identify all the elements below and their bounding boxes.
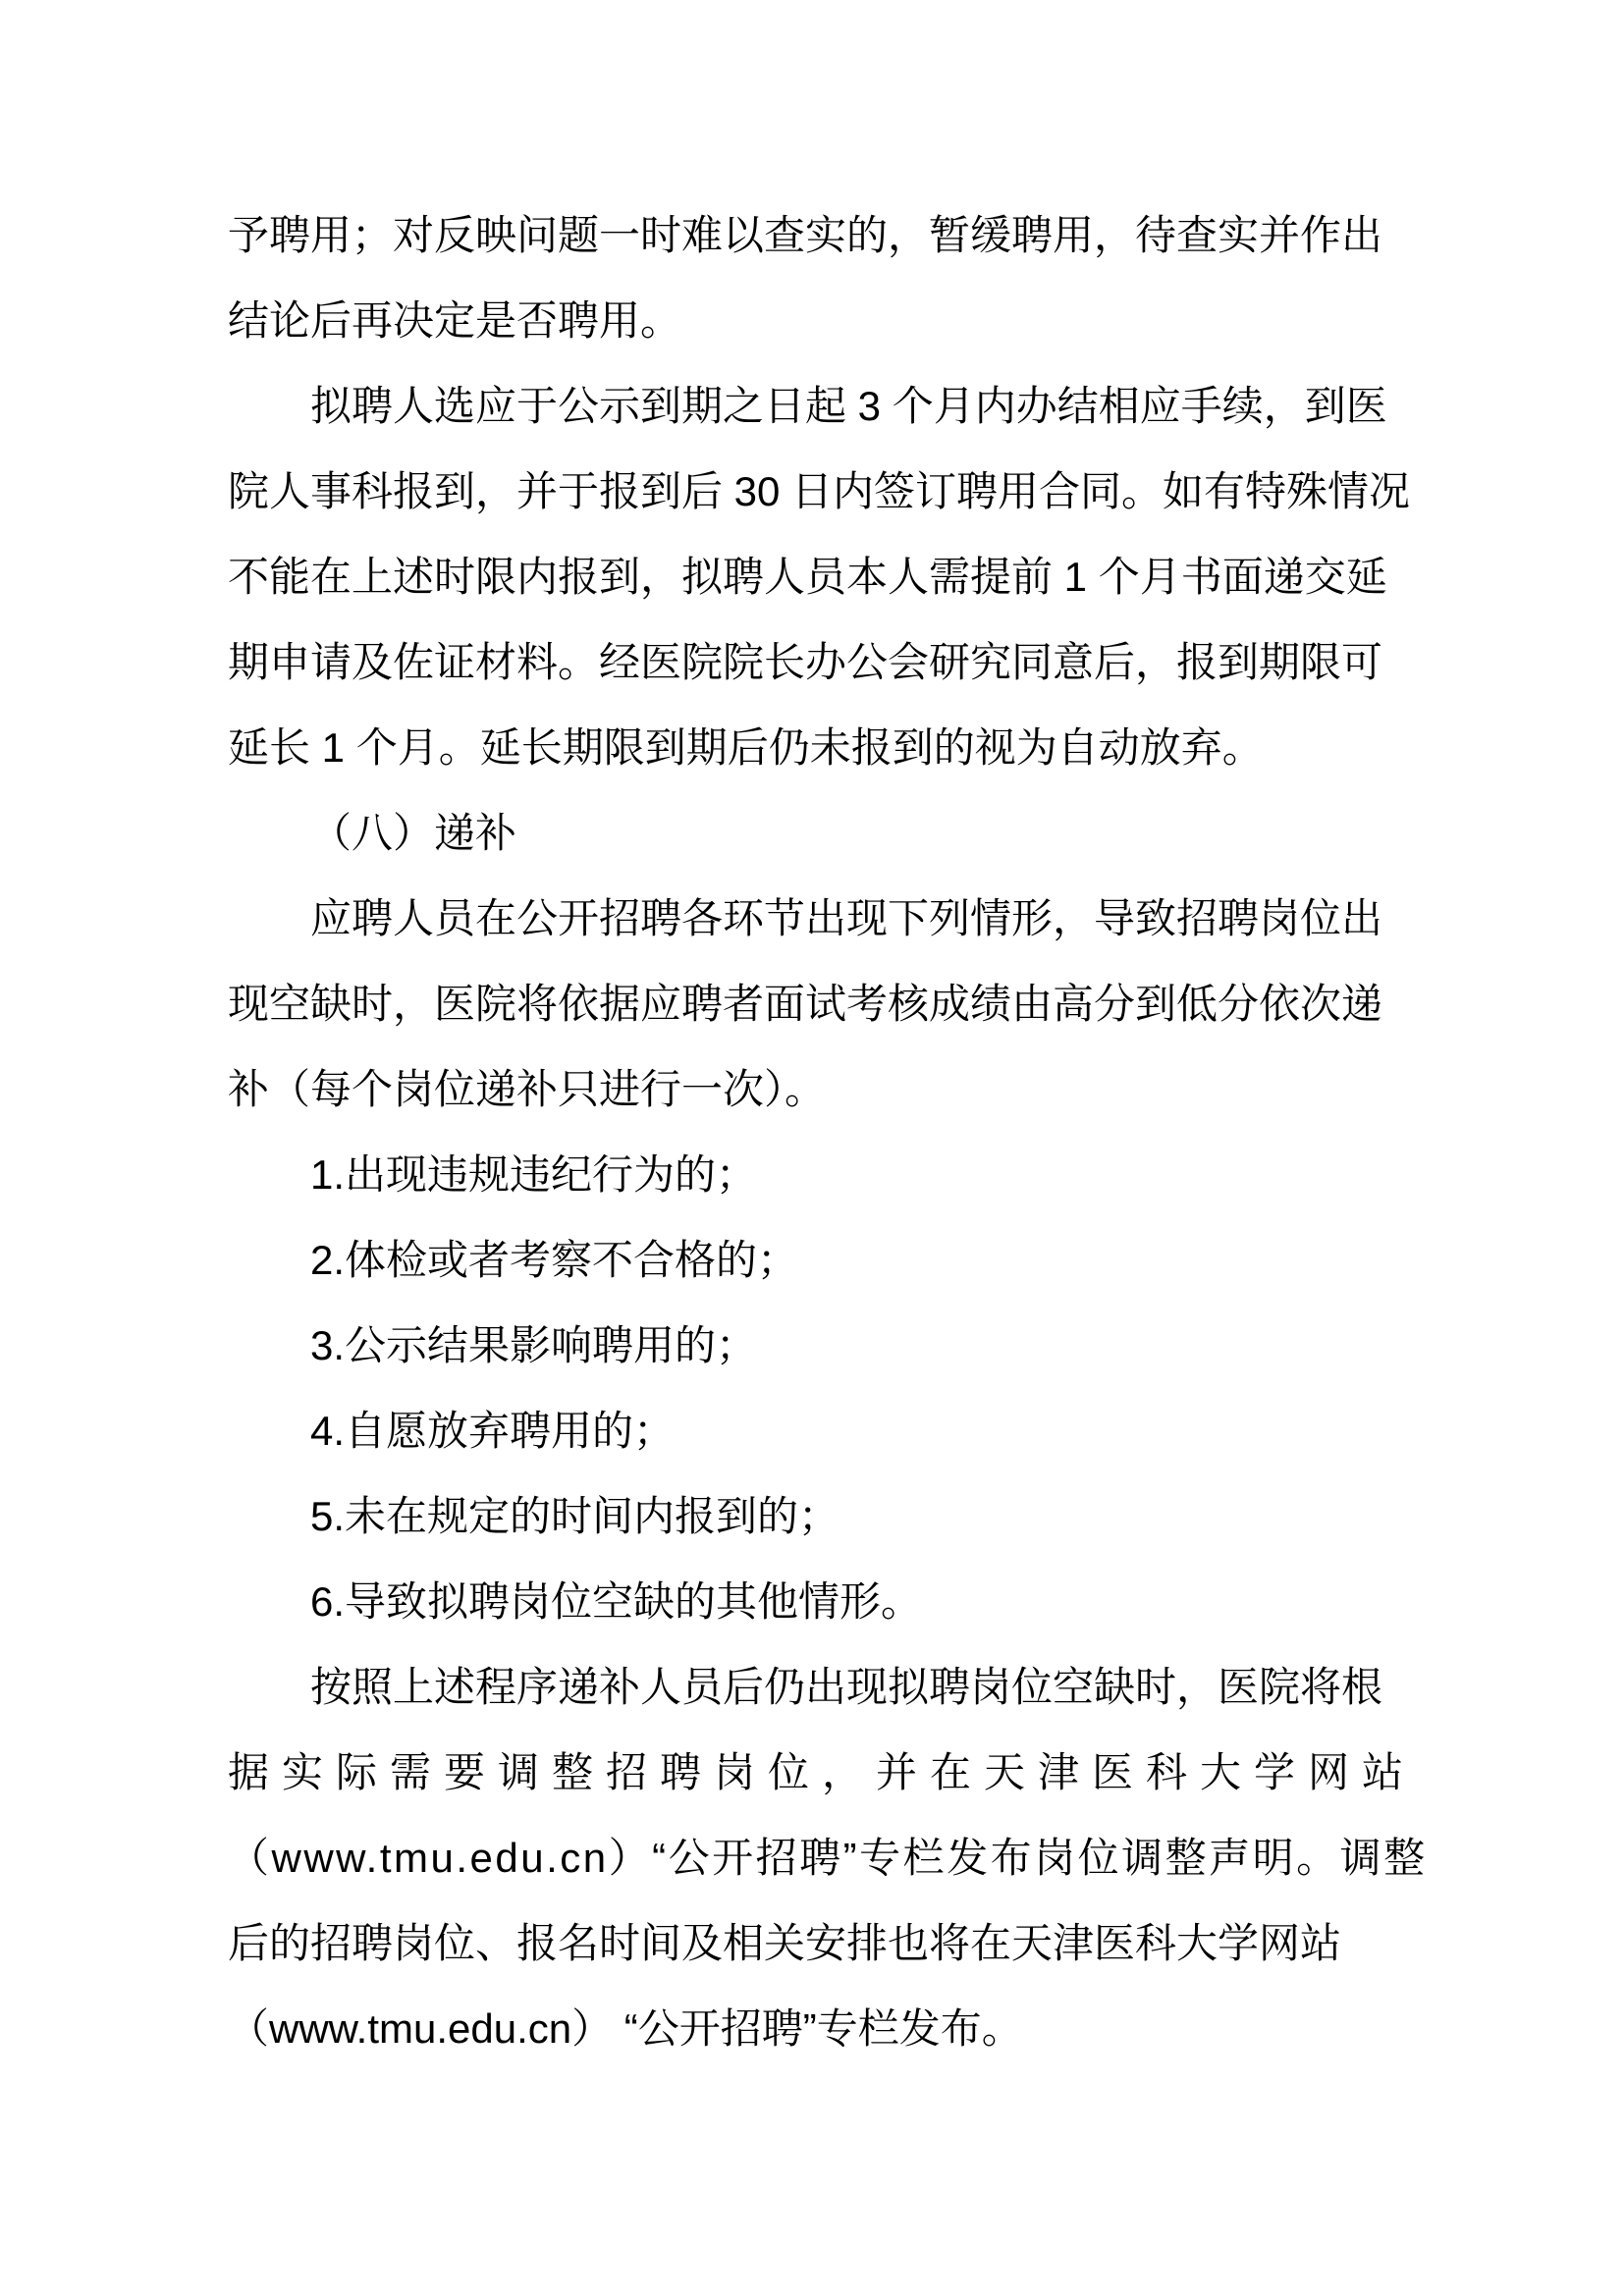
document-line: 予聘用；对反映问题一时难以查实的，暂缓聘用，待查实并作出 xyxy=(228,192,1392,278)
document-line: 3.公示结果影响聘用的； xyxy=(228,1303,1392,1388)
document-line: 应聘人员在公开招聘各环节出现下列情形，导致招聘岗位出 xyxy=(228,876,1392,961)
document-line: 据实际需要调整招聘岗位，并在天津医科大学网站 xyxy=(228,1730,1392,1815)
document-line: 4.自愿放弃聘用的； xyxy=(228,1388,1392,1473)
document-line: 院人事科报到，并于报到后 30 日内签订聘用合同。如有特殊情况 xyxy=(228,449,1392,534)
document-line: 按照上述程序递补人员后仍出现拟聘岗位空缺时，医院将根 xyxy=(228,1644,1392,1730)
document-line: 不能在上述时限内报到，拟聘人员本人需提前 1 个月书面递交延 xyxy=(228,534,1392,619)
document-line: 5.未在规定的时间内报到的； xyxy=(228,1473,1392,1559)
document-line: （八）递补 xyxy=(228,790,1392,876)
document-line: 现空缺时，医院将依据应聘者面试考核成绩由高分到低分依次递 xyxy=(228,961,1392,1046)
document-line: 1.出现违规违纪行为的； xyxy=(228,1132,1392,1217)
document-text-block: 予聘用；对反映问题一时难以查实的，暂缓聘用，待查实并作出结论后再决定是否聘用。拟… xyxy=(228,192,1392,2071)
document-line: 2.体检或者考察不合格的； xyxy=(228,1217,1392,1303)
document-line: （www.tmu.edu.cn） “公开招聘”专栏发布。 xyxy=(228,1986,1392,2071)
document-line: 结论后再决定是否聘用。 xyxy=(228,278,1392,363)
document-line: 补（每个岗位递补只进行一次）。 xyxy=(228,1046,1392,1132)
document-line: 期申请及佐证材料。经医院院长办公会研究同意后，报到期限可 xyxy=(228,619,1392,705)
document-page: 予聘用；对反映问题一时难以查实的，暂缓聘用，待查实并作出结论后再决定是否聘用。拟… xyxy=(0,0,1624,2296)
document-line: （www.tmu.edu.cn）“公开招聘”专栏发布岗位调整声明。调整 xyxy=(228,1815,1392,1900)
document-line: 延长 1 个月。延长期限到期后仍未报到的视为自动放弃。 xyxy=(228,705,1392,790)
document-line: 拟聘人选应于公示到期之日起 3 个月内办结相应手续，到医 xyxy=(228,363,1392,449)
document-line: 后的招聘岗位、报名时间及相关安排也将在天津医科大学网站 xyxy=(228,1900,1392,1986)
document-line: 6.导致拟聘岗位空缺的其他情形。 xyxy=(228,1559,1392,1644)
